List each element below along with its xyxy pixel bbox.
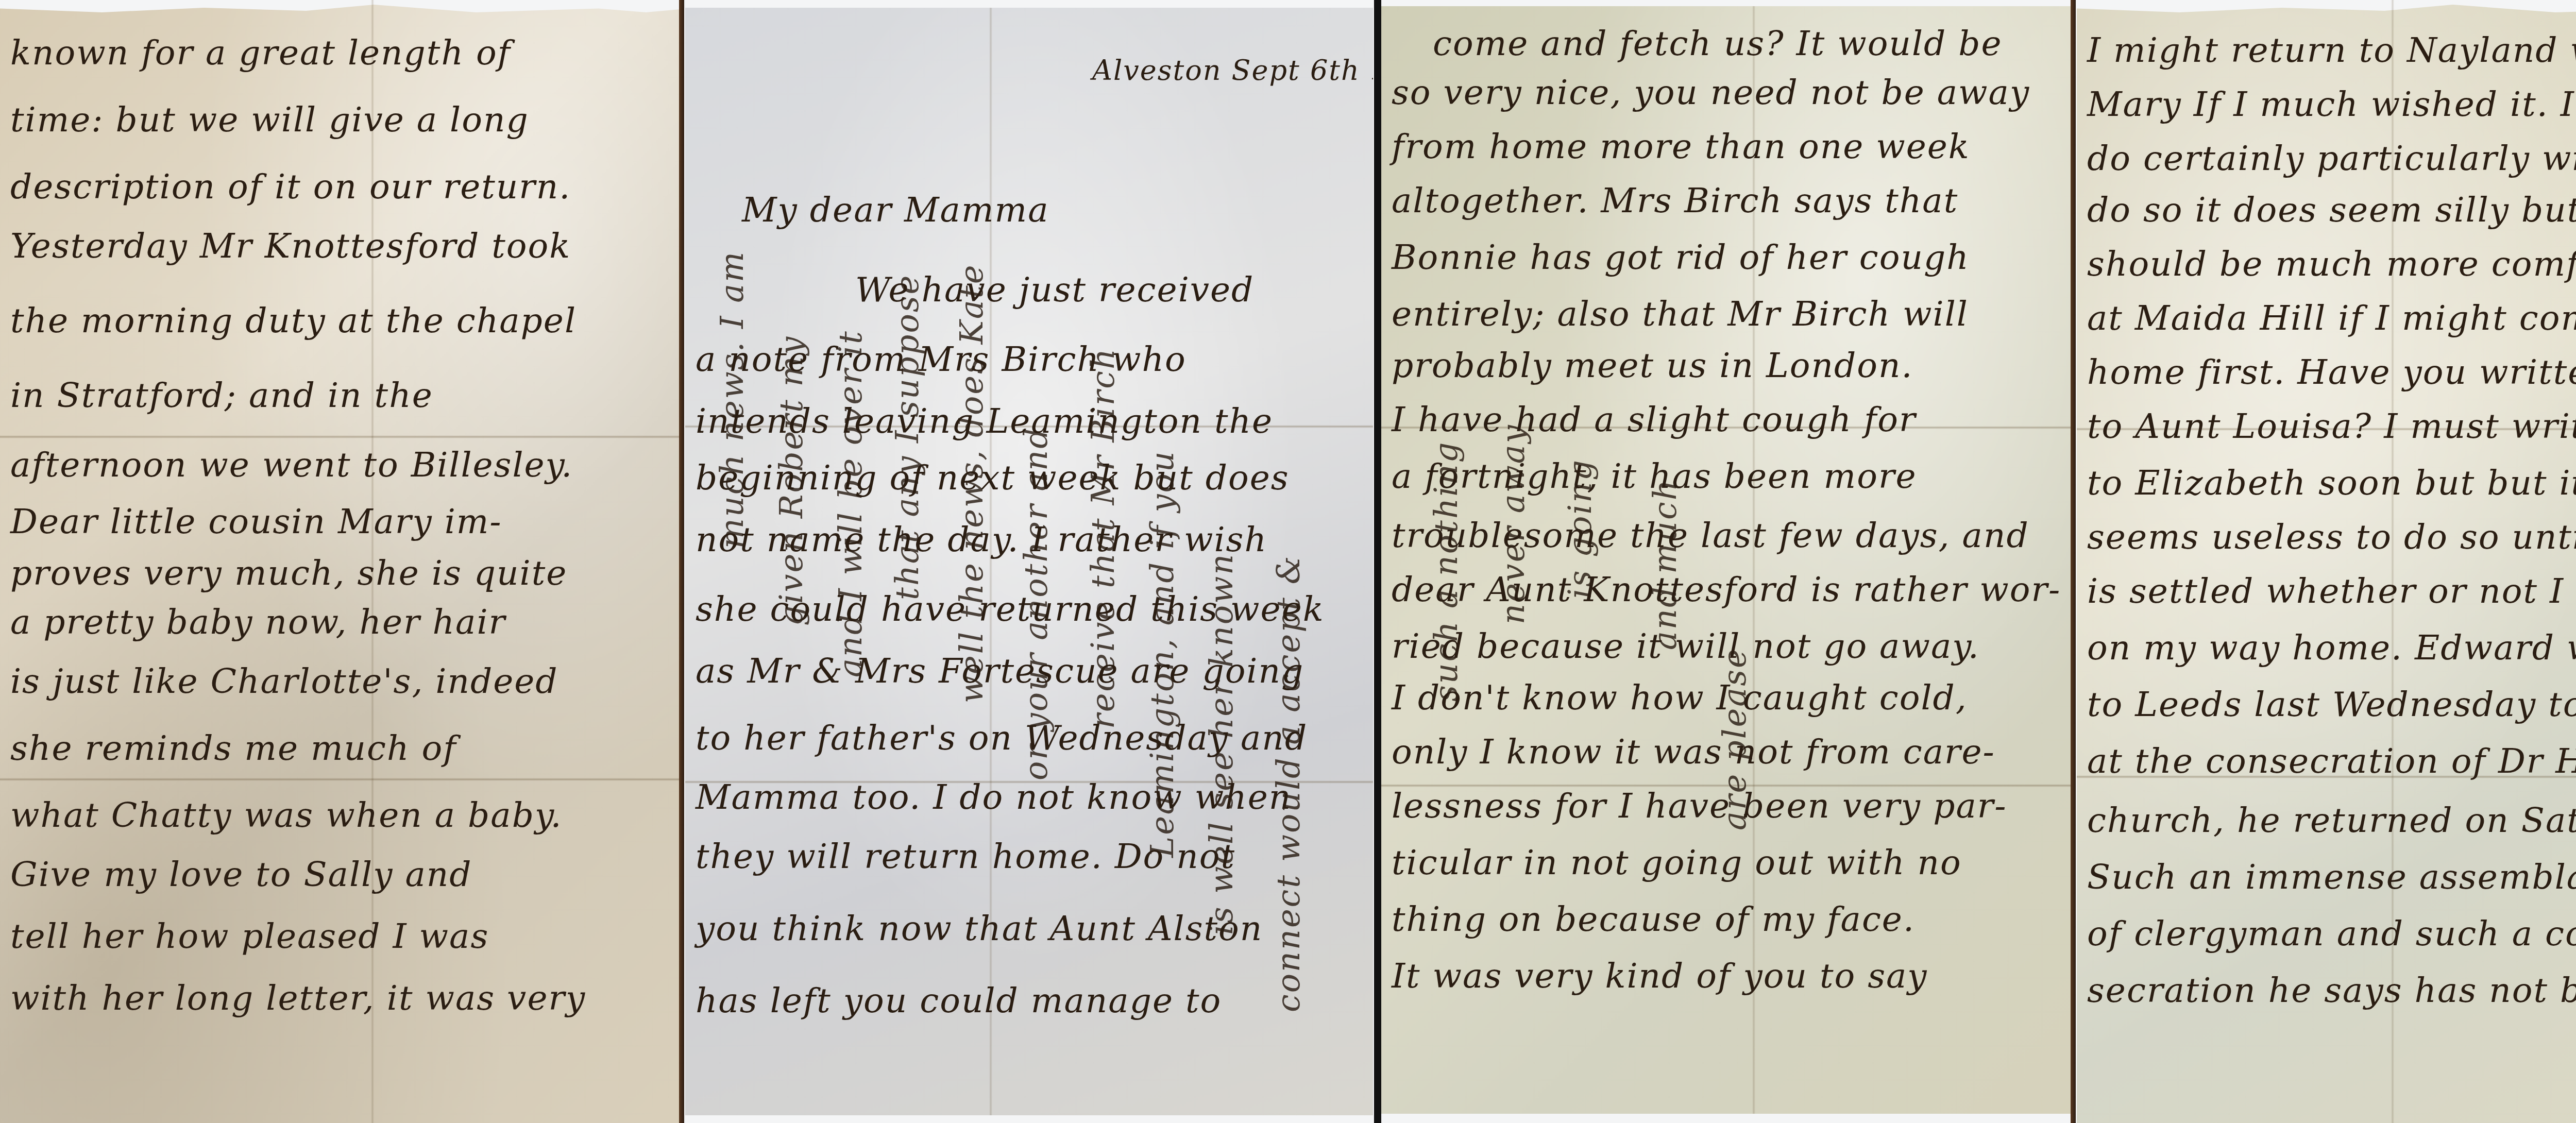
text-line: the morning duty at the chapel <box>10 304 577 338</box>
text-line: Yesterday Mr Knottesford took <box>10 229 571 263</box>
text-line: Mamma too. I do not know when <box>696 780 1292 814</box>
text-line: intends leaving Leamington the <box>696 404 1273 438</box>
text-line: tell her how pleased I was <box>10 920 489 954</box>
text-line: so very nice, you need not be away <box>1392 76 2030 110</box>
text-line: should be much more comfortable <box>2087 247 2576 281</box>
cross-writing-line: much news. I am <box>716 250 748 549</box>
letter-page-2: much news. I am given Robert my and I wi… <box>685 8 1373 1115</box>
text-line: I don't know how I caught cold, <box>1392 681 1968 715</box>
text-line: to her father's on Wednesday and <box>696 721 1308 755</box>
text-line: troublesome the last few days, and <box>1392 519 2029 553</box>
text-line: seems useless to do so until it <box>2087 520 2576 554</box>
text-line: Mary If I much wished it. I <box>2087 88 2575 122</box>
letter-salutation: My dear Mamma <box>742 193 1049 227</box>
text-line: from home more than one week <box>1392 130 1970 164</box>
text-line: Dear little cousin Mary im- <box>10 505 502 539</box>
text-line: Give my love to Sally and <box>10 858 472 892</box>
text-line: I might return to Nayland with <box>2087 33 2576 67</box>
text-line: you think now that Aunt Alston <box>696 912 1263 946</box>
text-line: come and fetch us? It would be <box>1433 27 2003 61</box>
letter-page-3: such a nothing never away is going and m… <box>1381 6 2072 1114</box>
text-line: secration he says has not been <box>2087 974 2576 1008</box>
text-line: proves very much, she is quite <box>10 556 567 590</box>
text-line: with her long letter, it was very <box>10 981 586 1015</box>
text-line: a pretty baby now, her hair <box>10 605 506 639</box>
text-line: to Elizabeth soon but but it <box>2087 466 2576 500</box>
text-line: she reminds me much of <box>10 731 457 765</box>
text-line: ried because it will not go away. <box>1392 629 1980 663</box>
text-line: as Mr & Mrs Fortescue are going <box>696 654 1304 688</box>
text-line: she could have returned this week <box>696 592 1325 626</box>
text-line: a note from Mrs Birch who <box>696 343 1187 377</box>
fold-crease <box>1752 6 1755 1114</box>
text-line: of clergyman and such a con- <box>2087 917 2576 951</box>
text-line: has left you could manage to <box>696 984 1222 1018</box>
text-line: thing on because of my face. <box>1392 903 1915 937</box>
text-line: to Aunt Louisa? I must write <box>2087 410 2576 444</box>
text-line: is just like Charlotte's, indeed <box>10 665 558 699</box>
text-line: description of it on our return. <box>10 170 571 204</box>
text-line: Bonnie has got rid of her cough <box>1392 241 1970 275</box>
text-line: at the consecration of Dr Hook's <box>2087 744 2576 778</box>
text-line: lessness for I have been very par- <box>1392 789 2007 823</box>
text-line: they will return home. Do not <box>696 840 1235 874</box>
sheet-left: known for a great length of time: but we… <box>0 0 1381 1123</box>
text-line: what Chatty was when a baby. <box>10 798 562 832</box>
text-line: ticular in not going out with no <box>1392 846 1962 880</box>
page-binding-edge <box>679 0 684 1123</box>
text-line: on my way home. Edward went <box>2087 631 2576 665</box>
text-line: time: but we will give a long <box>10 103 529 137</box>
text-line: probably meet us in London. <box>1392 349 1913 383</box>
text-line: a fortnight, it has been more <box>1392 460 1917 494</box>
text-line: beginning of next week but does <box>696 461 1290 495</box>
letter-page-4: I might return to Nayland with Mary If I… <box>2077 0 2576 1123</box>
letter-page-1: known for a great length of time: but we… <box>0 0 680 1123</box>
text-line: at Maida Hill if I might come <box>2087 301 2576 335</box>
text-line: afternoon we went to Billesley. <box>10 448 573 482</box>
page-binding-edge <box>2071 0 2076 1123</box>
sheet-gap <box>1374 0 1381 1123</box>
text-line: entirely; also that Mr Birch will <box>1392 297 1969 331</box>
cross-writing-line: and much <box>1649 478 1681 650</box>
text-line: do certainly particularly wish to <box>2087 142 2576 176</box>
text-line: is settled whether or not I stay there <box>2087 574 2576 608</box>
text-line: altogether. Mrs Birch says that <box>1392 184 1958 218</box>
text-line: I have had a slight cough for <box>1392 403 1917 437</box>
text-line: Such an immense assemblage <box>2087 860 2576 894</box>
letter-place-date: Alveston Sept 6th 1847 <box>1092 57 1373 84</box>
text-line: dear Aunt Knottesford is rather wor- <box>1392 573 2061 607</box>
torn-edge <box>0 0 680 15</box>
text-line: It was very kind of you to say <box>1392 959 1928 993</box>
sheet-right: such a nothing never away is going and m… <box>1381 0 2576 1123</box>
text-line: home first. Have you written <box>2087 355 2576 389</box>
text-line: We have just received <box>855 273 1254 307</box>
text-line: in Stratford; and in the <box>10 379 433 413</box>
text-line: known for a great length of <box>10 36 511 70</box>
torn-edge <box>2077 0 2576 15</box>
text-line: do so it does seem silly but I <box>2087 193 2576 227</box>
text-line: church, he returned on Saturday. <box>2087 804 2576 838</box>
text-line: to Leeds last Wednesday to attend <box>2087 688 2576 722</box>
text-line: not name the day. I rather wish <box>696 523 1267 557</box>
fold-crease <box>0 435 680 438</box>
text-line: only I know it was not from care- <box>1392 735 1995 769</box>
fold-crease <box>0 778 680 781</box>
